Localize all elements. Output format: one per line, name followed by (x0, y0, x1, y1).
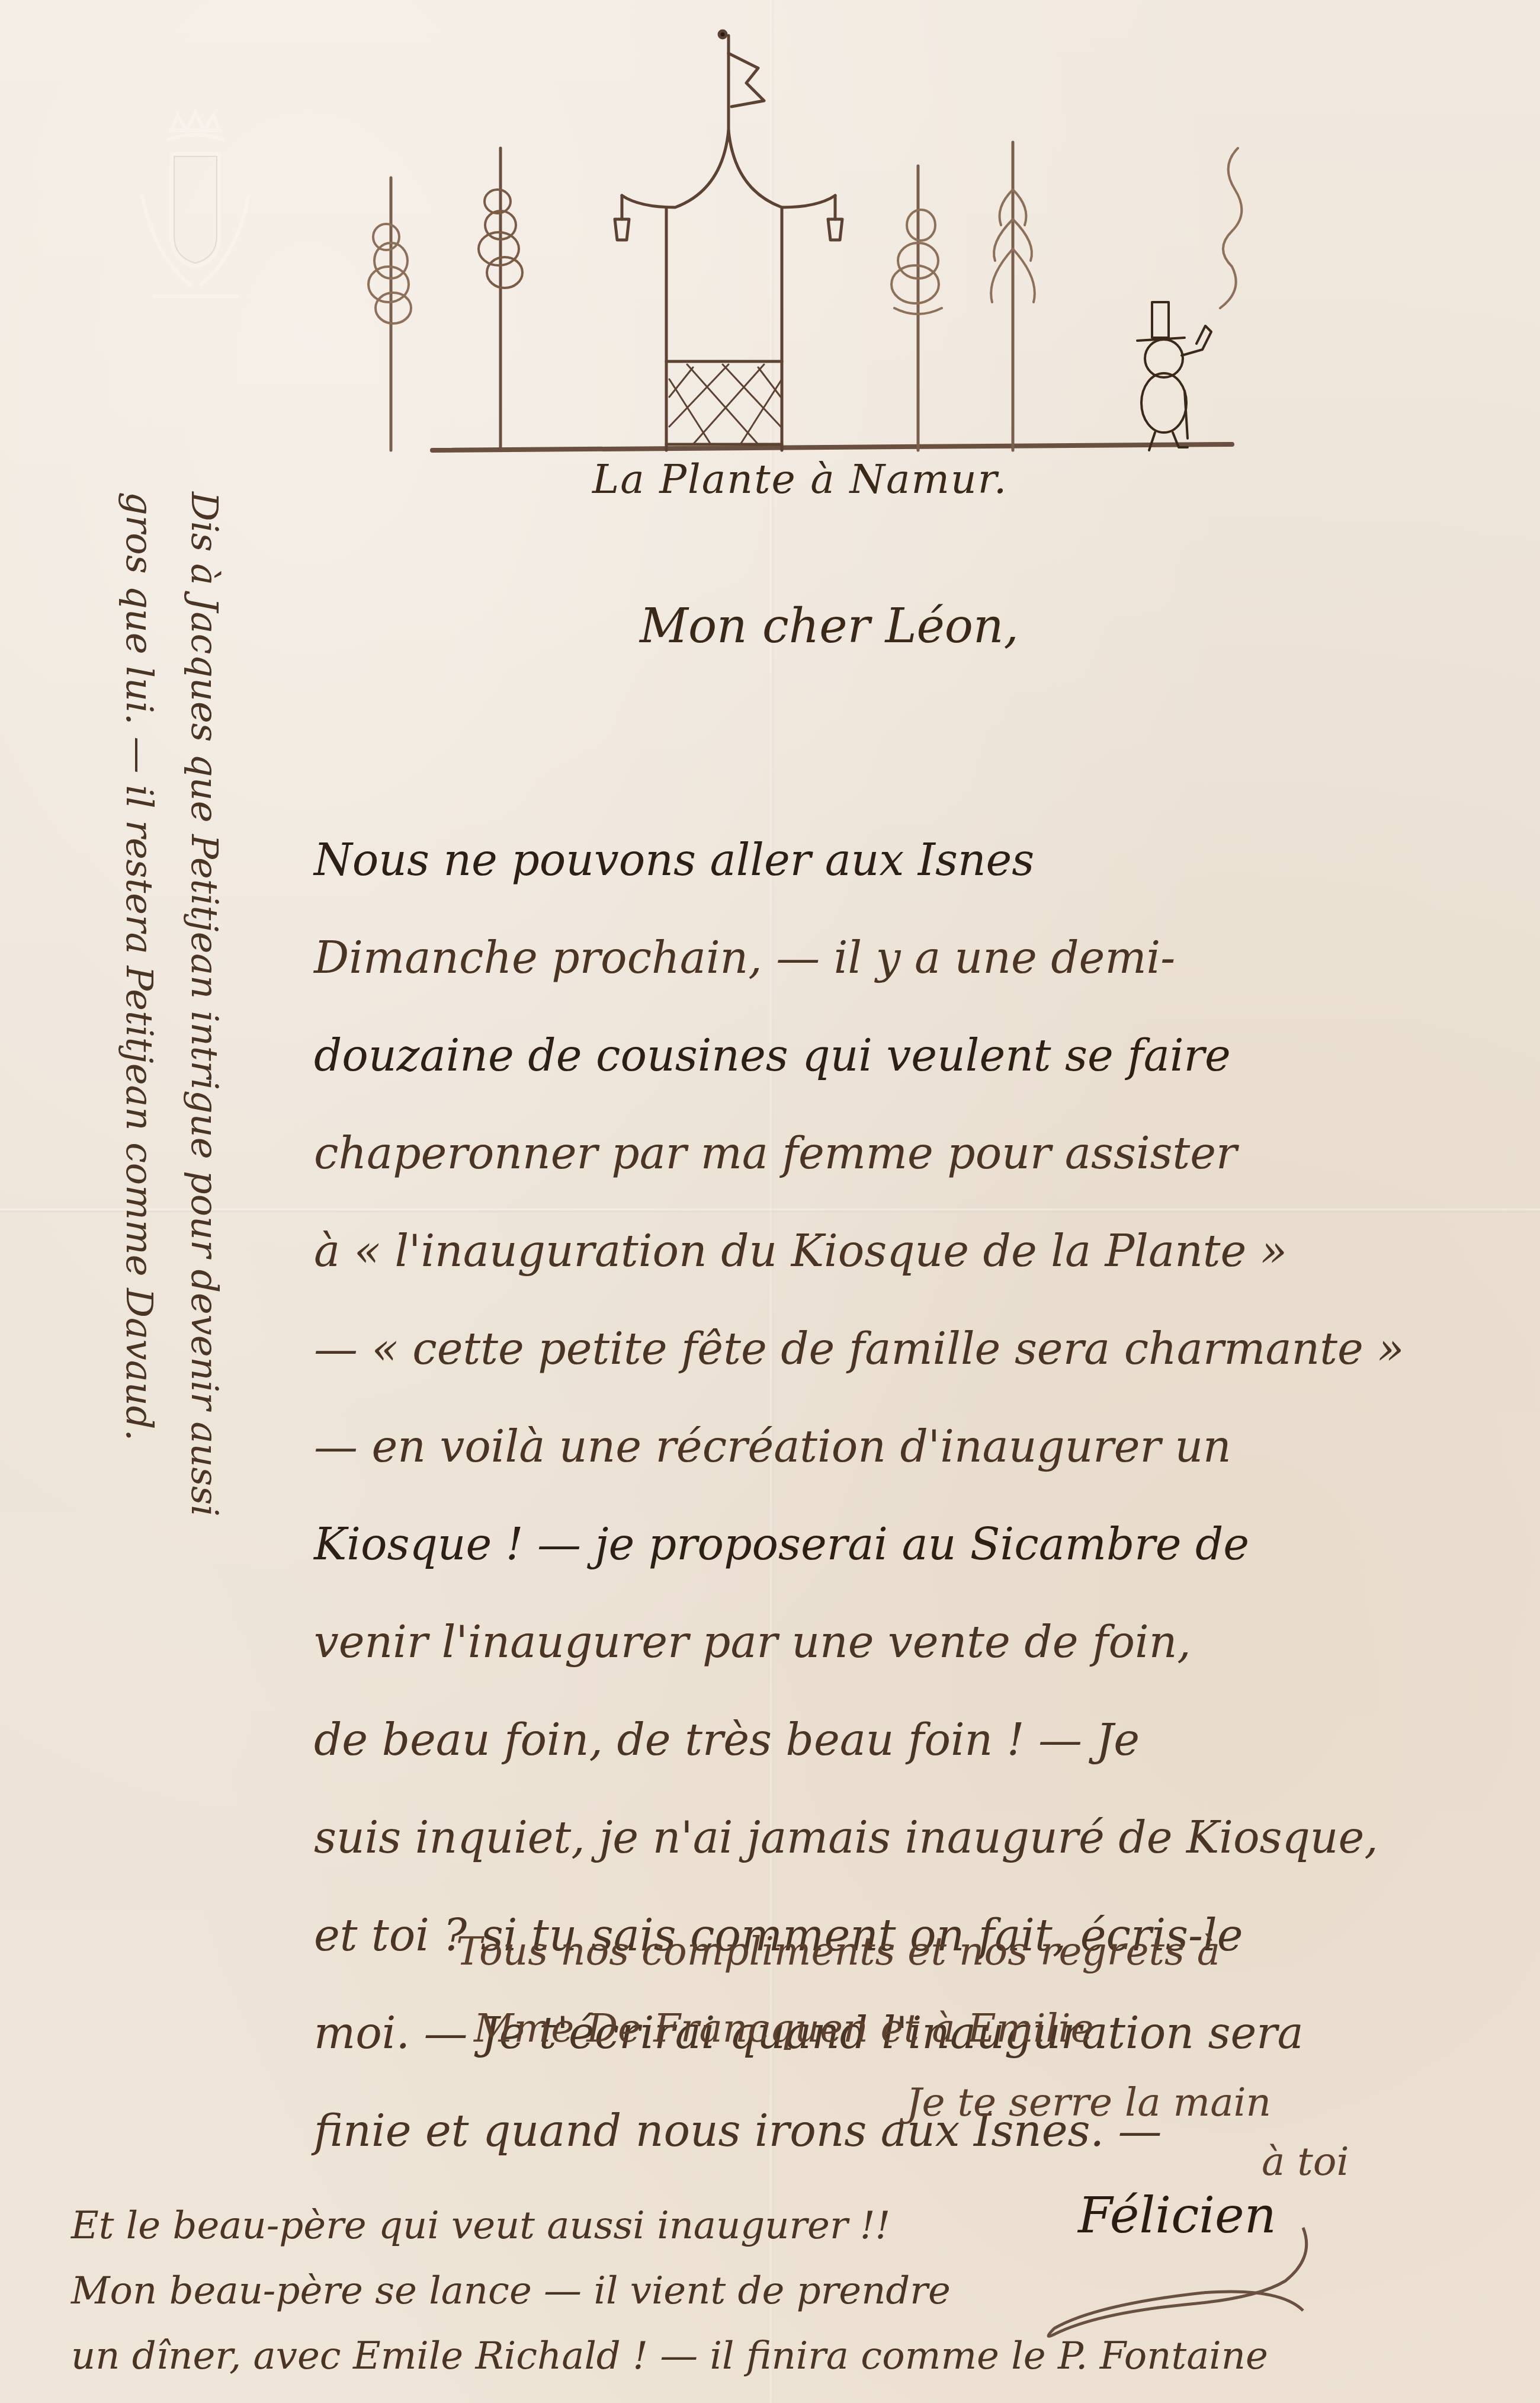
body-line: — en voilà une récréation d'inaugurer un (314, 1398, 1510, 1496)
postscript-line: Mon beau-père se lance — il vient de pre… (71, 2269, 951, 2313)
body-line: Dimanche prochain, — il y a une demi- (314, 909, 1510, 1007)
embossed-crest-icon (118, 107, 272, 320)
body-line: Kiosque ! — je proposerai au Sicambre de (314, 1496, 1510, 1594)
body-line: chaperonner par ma femme pour assister (314, 1105, 1510, 1203)
margin-note-line: Dis à Jacques que Petitjean intrigue pou… (172, 492, 237, 1517)
body-line: douzaine de cousines qui veulent se fair… (314, 1007, 1510, 1105)
closing-line: Je te serre la main (906, 2080, 1271, 2125)
body-line: de beau foin, de très beau foin ! — Je (314, 1691, 1510, 1789)
postscript-line: un dîner, avec Emile Richald ! — il fini… (71, 2334, 1268, 2378)
body-line: venir l'inaugurer par une vente de foin, (314, 1594, 1510, 1691)
margin-note: Dis à Jacques que Petitjean intrigue pou… (107, 492, 237, 1517)
kiosk-sketch (344, 12, 1362, 462)
margin-note-line: gros que lui. — il restera Petitjean com… (107, 492, 172, 1517)
body-line: Nous ne pouvons aller aux Isnes (314, 812, 1510, 909)
salutation: Mon cher Léon, (640, 598, 1019, 653)
body-line: suis inquiet, je n'ai jamais inauguré de… (314, 1789, 1510, 1887)
sketch-caption: La Plante à Namur. (592, 456, 1008, 503)
closing-line: Tous nos compliments et nos regrets à (456, 1928, 1220, 1974)
closing-line: Mme De Francquen et à Emilie (474, 2005, 1094, 2051)
postscript-line: Et le beau-père qui veut aussi inaugurer… (71, 2204, 890, 2248)
letter-body: Nous ne pouvons aller aux Isnes Dimanche… (314, 812, 1510, 2180)
body-line: — « cette petite fête de famille sera ch… (314, 1300, 1510, 1398)
body-line: à « l'inauguration du Kiosque de la Plan… (314, 1203, 1510, 1300)
closing-line: à toi (1262, 2139, 1349, 2184)
signature-flourish-icon (1007, 2210, 1339, 2346)
